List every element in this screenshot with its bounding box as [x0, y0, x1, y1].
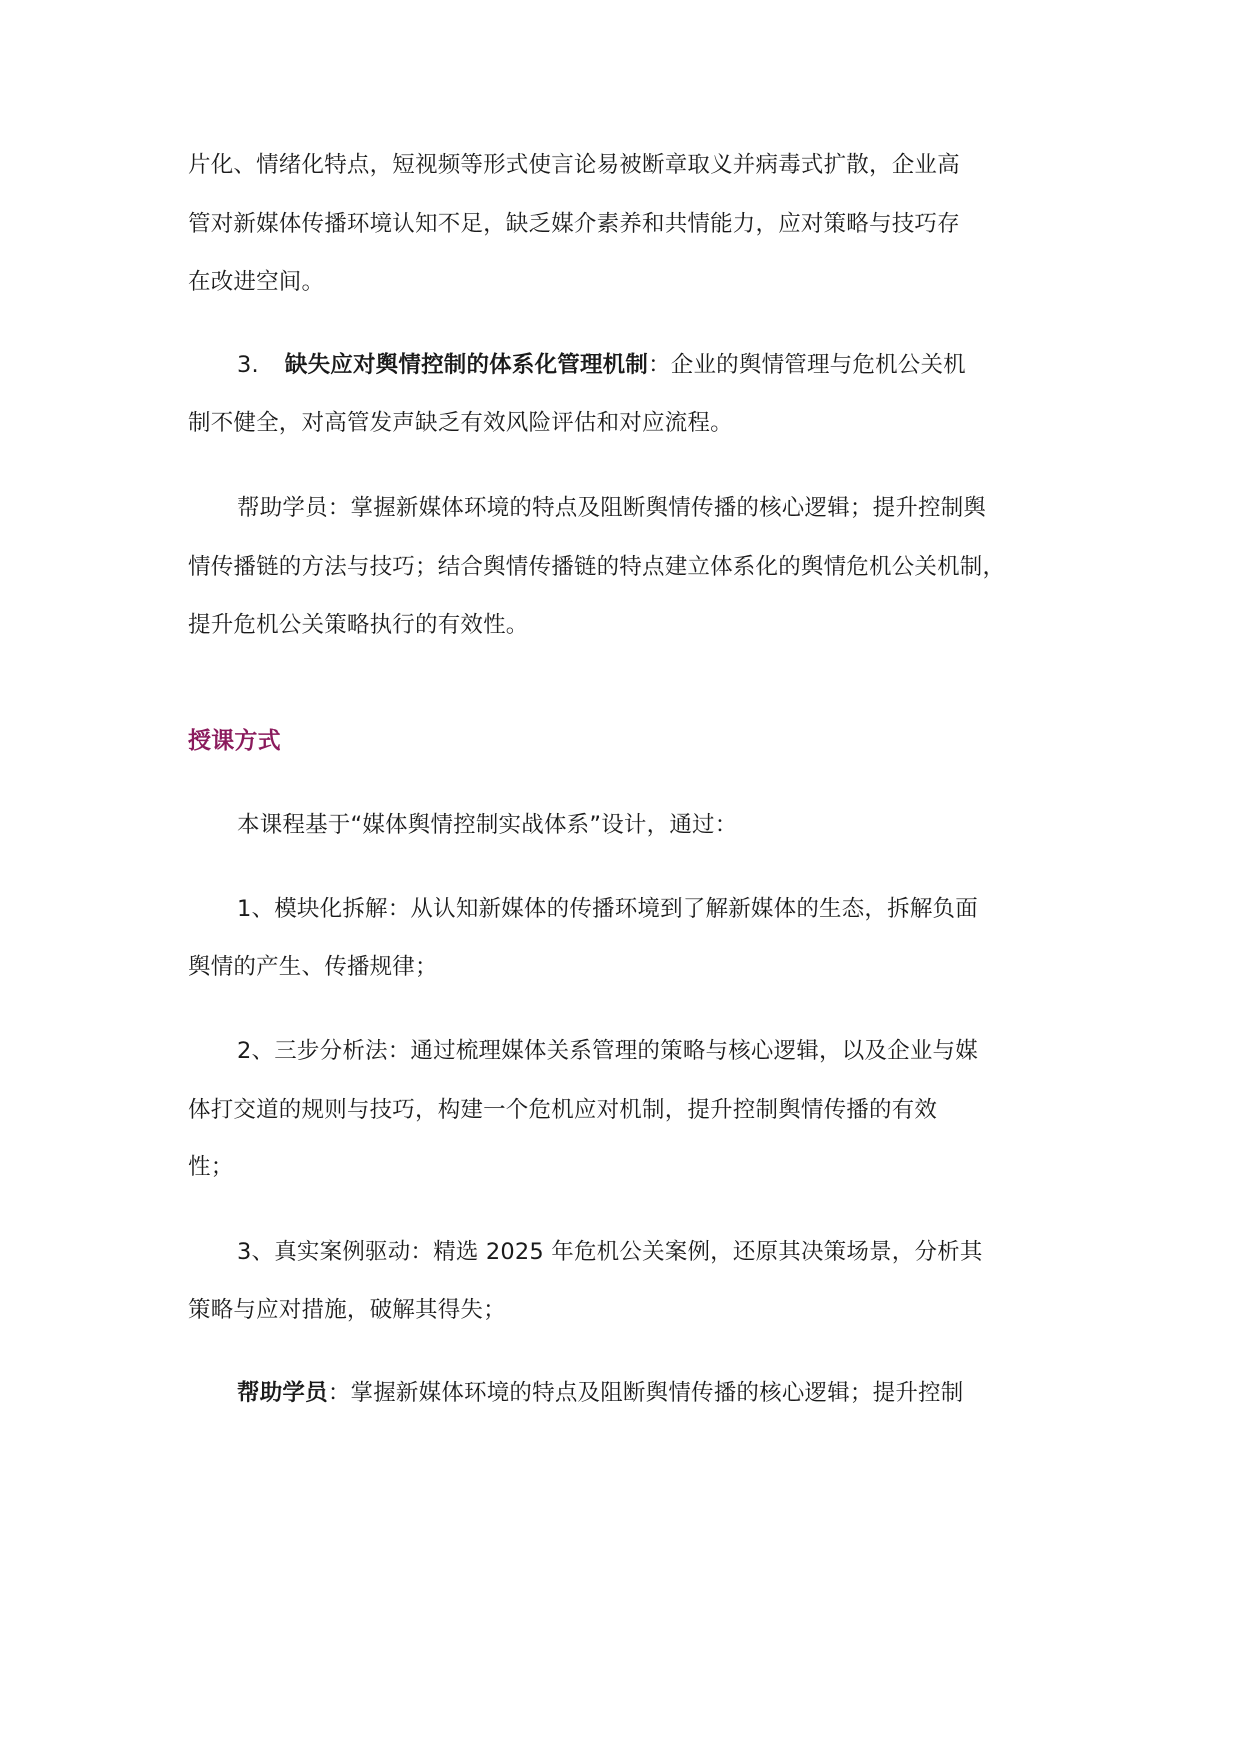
method-item-3: 3、真实案例驱动：精选 2025 年危机公关案例，还原其决策场景，分析其 — [237, 1237, 983, 1267]
method-item-2: 2、三步分析法：通过梳理媒体关系管理的策略与核心逻辑，以及企业与媒 — [237, 1036, 978, 1066]
paragraph-line: 片化、情绪化特点，短视频等形式使言论易被断章取义并病毒式扩散，企业高 — [188, 150, 960, 180]
paragraph-line: 制不健全，对高管发声缺乏有效风险评估和对应流程。 — [188, 408, 733, 438]
help-label: 帮助学员 — [237, 1380, 328, 1406]
paragraph-line: 管对新媒体传播环境认知不足，缺乏媒介素养和共情能力，应对策略与技巧存 — [188, 209, 960, 239]
paragraph-line: 帮助学员：掌握新媒体环境的特点及阻断舆情传播的核心逻辑；提升控制舆 — [237, 493, 986, 523]
intro-line: 本课程基于“媒体舆情控制实战体系”设计，通过： — [237, 810, 737, 840]
method-item-1: 1、模块化拆解：从认知新媒体的传播环境到了解新媒体的生态，拆解负面 — [237, 894, 978, 924]
help-paragraph-2: 帮助学员：掌握新媒体环境的特点及阻断舆情传播的核心逻辑；提升控制 — [237, 1378, 963, 1408]
document-page: 片化、情绪化特点，短视频等形式使言论易被断章取义并病毒式扩散，企业高 管对新媒体… — [0, 0, 1241, 1755]
point-number: 3. — [237, 352, 259, 378]
paragraph-line: 体打交道的规则与技巧，构建一个危机应对机制，提升控制舆情传播的有效 — [188, 1095, 937, 1125]
numbered-point-3: 3.缺失应对舆情控制的体系化管理机制：企业的舆情管理与危机公关机 — [237, 350, 966, 380]
paragraph-line: 在改进空间。 — [188, 267, 324, 297]
paragraph-line: 性； — [188, 1152, 233, 1182]
help-text: ：掌握新媒体环境的特点及阻断舆情传播的核心逻辑；提升控制 — [328, 1380, 964, 1406]
point-text: ：企业的舆情管理与危机公关机 — [648, 352, 966, 378]
paragraph-line: 策略与应对措施，破解其得失； — [188, 1295, 506, 1325]
paragraph-line: 舆情的产生、传播规律； — [188, 952, 438, 982]
section-heading: 授课方式 — [188, 726, 281, 756]
paragraph-line: 情传播链的方法与技巧；结合舆情传播链的特点建立体系化的舆情危机公关机制， — [188, 552, 1005, 582]
paragraph-line: 提升危机公关策略执行的有效性。 — [188, 610, 529, 640]
point-title: 缺失应对舆情控制的体系化管理机制 — [285, 352, 648, 378]
